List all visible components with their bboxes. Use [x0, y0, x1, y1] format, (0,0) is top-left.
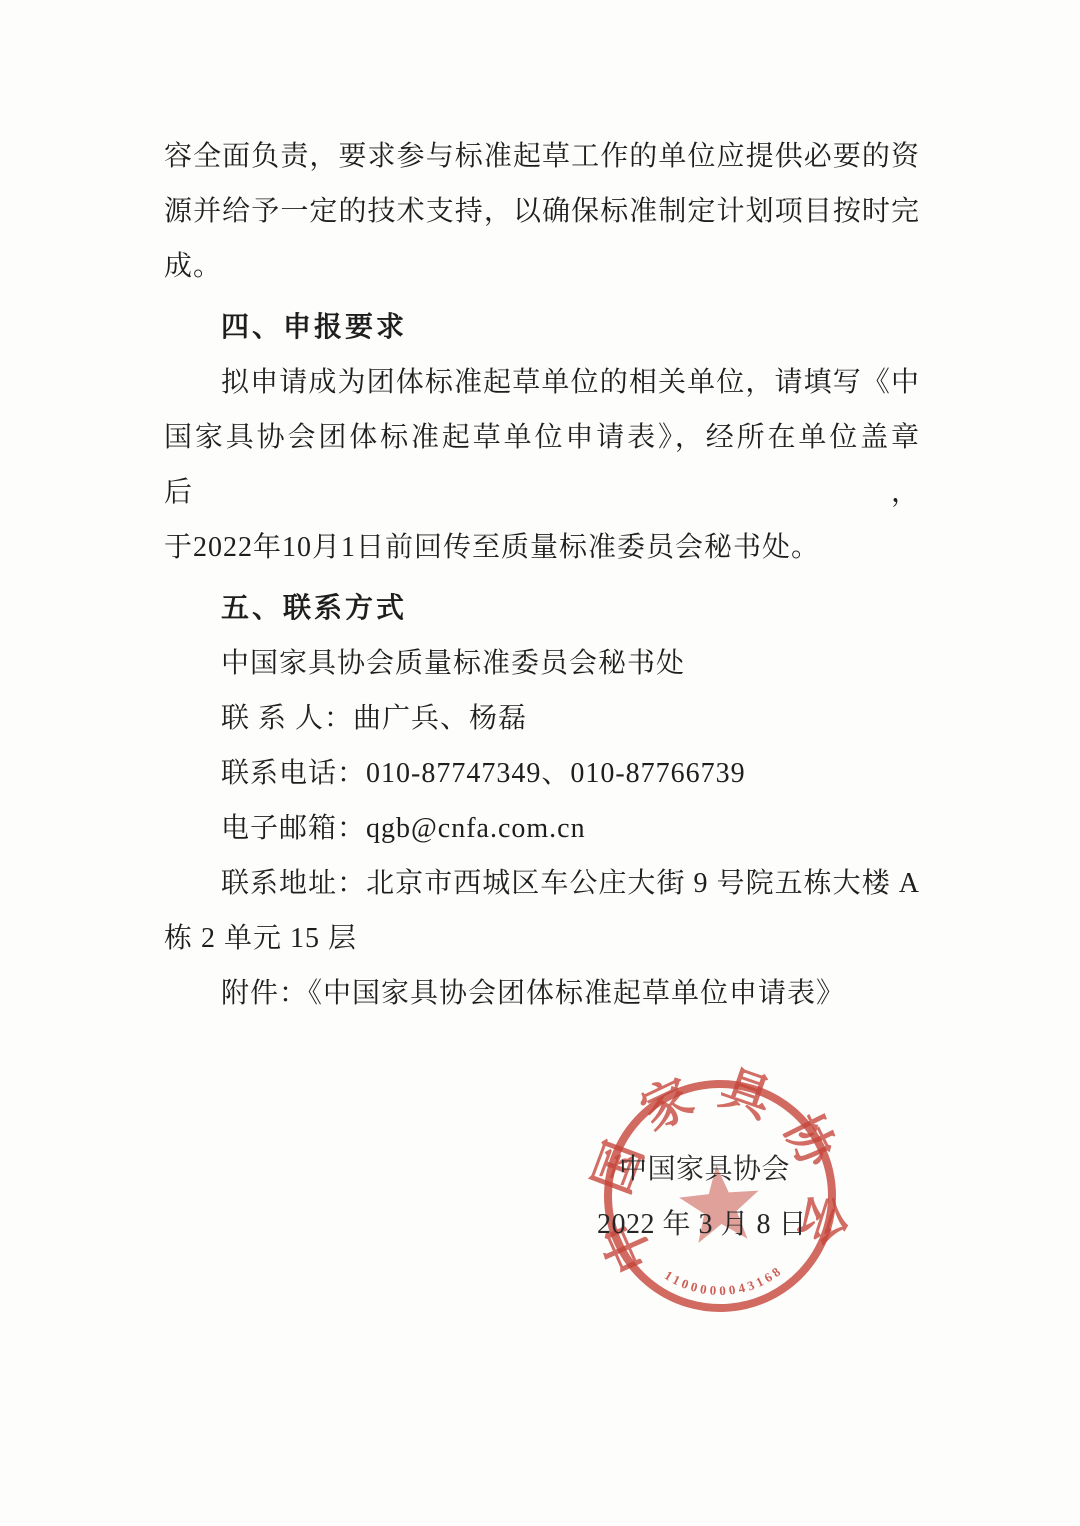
- body-line: 拟申请成为团体标准起草单位的相关单位，请填写《中: [164, 355, 920, 410]
- contact-line-address-cont: 栋 2 单元 15 层: [164, 911, 920, 966]
- section-heading-4: 四、申报要求: [164, 300, 920, 355]
- contact-line-person: 联 系 人：曲广兵、杨磊: [164, 691, 920, 746]
- contact-line-phone: 联系电话：010-87747349、010-87766739: [164, 746, 920, 801]
- body-line: 源并给予一定的技术支持，以确保标准制定计划项目按时完: [164, 184, 920, 239]
- signature-date: 2022 年 3 月 8 日: [597, 1202, 807, 1242]
- contact-line-secretariat: 中国家具协会质量标准委员会秘书处: [164, 636, 920, 691]
- signature-org: 中国家具协会: [619, 1147, 790, 1187]
- body-line: 成。: [164, 239, 920, 294]
- contact-line-address: 联系地址：北京市西城区车公庄大街 9 号院五栋大楼 A: [164, 856, 920, 911]
- letter-body: 容全面负责，要求参与标准起草工作的单位应提供必要的资 源并给予一定的技术支持，以…: [164, 129, 920, 1021]
- body-line: 于2022年10月1日前回传至质量标准委员会秘书处。: [164, 520, 920, 575]
- section-heading-5: 五、联系方式: [164, 581, 920, 636]
- contact-line-email: 电子邮箱：qgb@cnfa.com.cn: [164, 801, 920, 856]
- body-line: 容全面负责，要求参与标准起草工作的单位应提供必要的资: [164, 129, 920, 184]
- official-seal: 中国家具协会 1100000043168: [570, 1046, 870, 1346]
- body-line: 国家具协会团体标准起草单位申请表》，经所在单位盖章后，: [164, 410, 920, 520]
- attachment-line: 附件：《中国家具协会团体标准起草单位申请表》: [164, 966, 920, 1021]
